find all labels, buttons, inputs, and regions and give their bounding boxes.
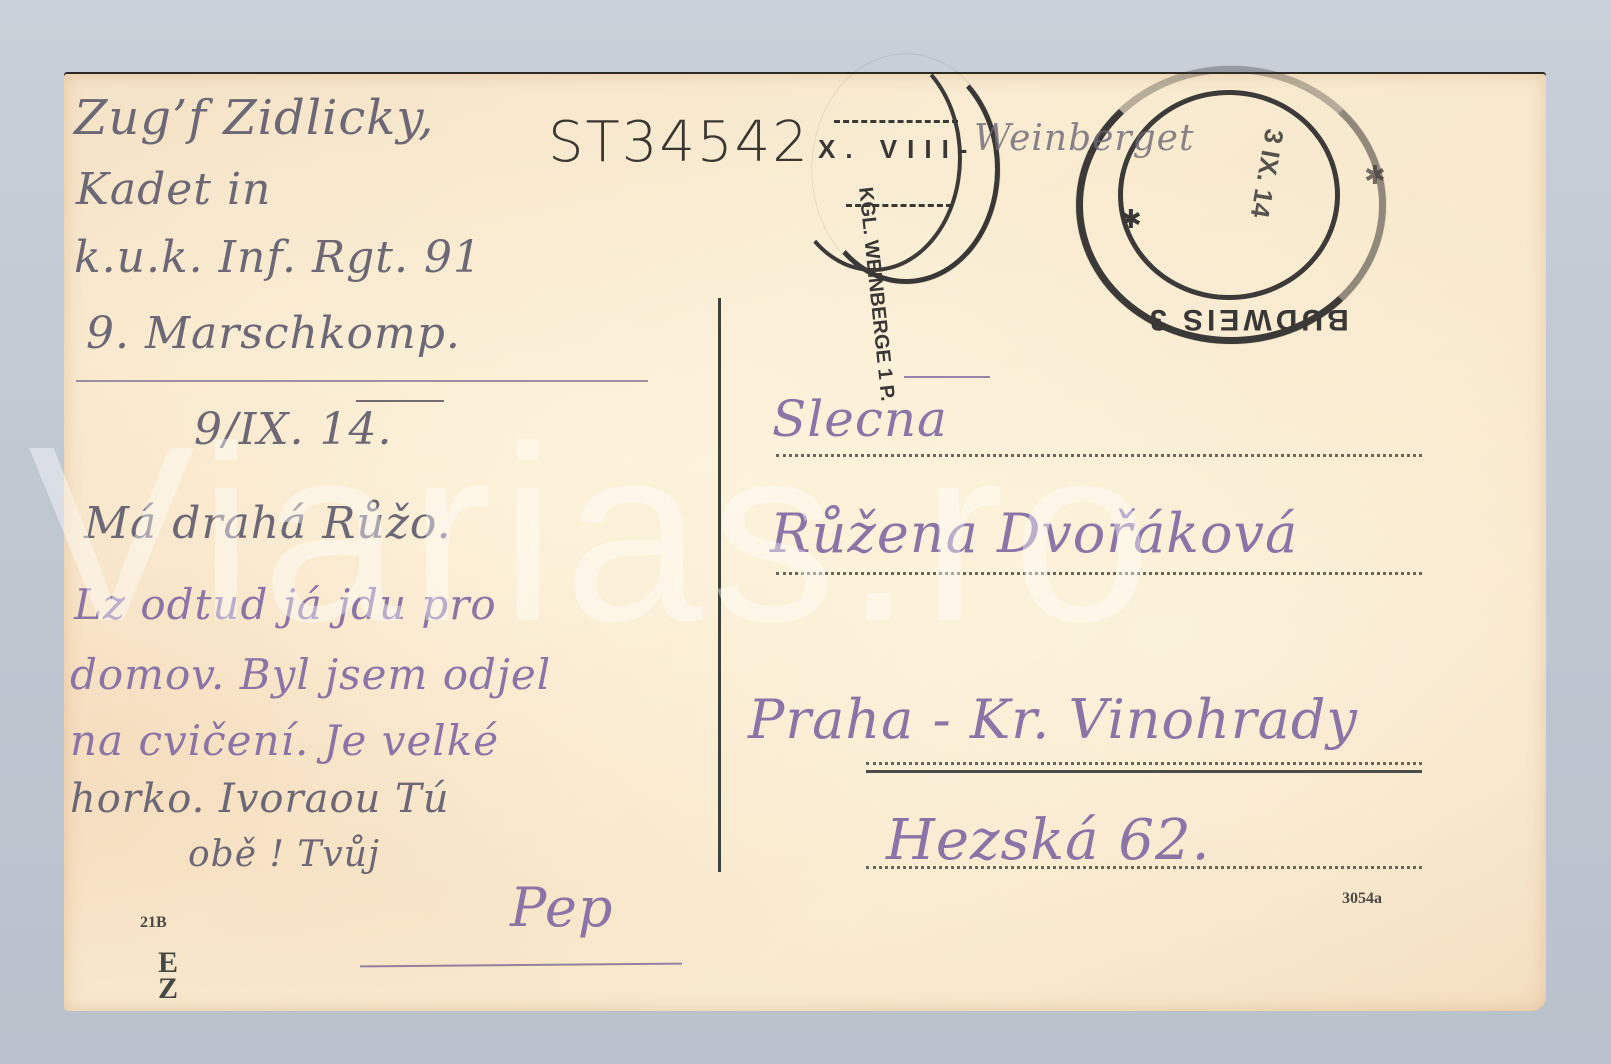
message-line-1: Má drahá Růžo.	[84, 498, 452, 549]
salutation-flourish	[904, 376, 990, 378]
budweis-star-icon-right: ✱	[1364, 160, 1386, 191]
address-recipient: Růžena Dvořáková	[770, 502, 1298, 565]
sender-line-2: Kadet in	[76, 164, 271, 215]
card-divider	[718, 298, 721, 872]
address-underline-solid	[866, 770, 1422, 773]
address-street: Hezská 62.	[886, 808, 1210, 873]
signature-underline	[360, 963, 682, 968]
budweis-star-icon: ✱	[1120, 204, 1142, 235]
sender-line-3: k.u.k. Inf. Rgt. 91	[74, 232, 482, 283]
sender-underline-short	[356, 400, 444, 402]
message-date: 9/IX. 14.	[194, 404, 392, 455]
postmark-bar-top	[834, 120, 958, 126]
postmark-bar-bottom	[846, 204, 952, 210]
message-line-4: na cvičení. Je velké	[70, 716, 499, 765]
publisher-logo: EZ	[158, 950, 178, 1002]
publisher-logo-text: EZ	[158, 950, 178, 1002]
address-city: Praha - Kr. Vinohrady	[748, 688, 1358, 751]
message-line-6: obě ! Tvůj	[188, 834, 380, 875]
sender-line-4: 9. Marschkomp.	[86, 308, 461, 359]
address-line-3	[866, 762, 1422, 765]
message-line-3: domov. Byl jsem odjel	[70, 650, 551, 699]
address-line-4	[866, 866, 1422, 869]
inventory-code: ST34542	[548, 110, 810, 175]
postmark-date: X. VIII-	[818, 134, 977, 165]
message-signature: Pep	[510, 876, 613, 939]
sender-line-1: Zug’f Zidlicky,	[74, 90, 434, 146]
card-number: 3054a	[1342, 890, 1382, 908]
address-salutation: Slecna	[772, 390, 948, 448]
series-code: 21B	[140, 914, 167, 932]
address-line-2	[776, 572, 1422, 575]
message-line-5: horko. Ivoraou Tú	[70, 776, 449, 822]
crossed-text-stamp: Weinberget	[974, 118, 1194, 159]
budweis-postmark-ring: BUDWEIS 3	[1146, 302, 1349, 336]
address-line-1	[776, 454, 1422, 457]
message-line-2: Lz odtud já jdu pro	[74, 580, 497, 629]
postcard: Zug’f Zidlicky, Kadet in k.u.k. Inf. Rgt…	[64, 74, 1546, 1011]
sender-underline	[76, 380, 648, 382]
